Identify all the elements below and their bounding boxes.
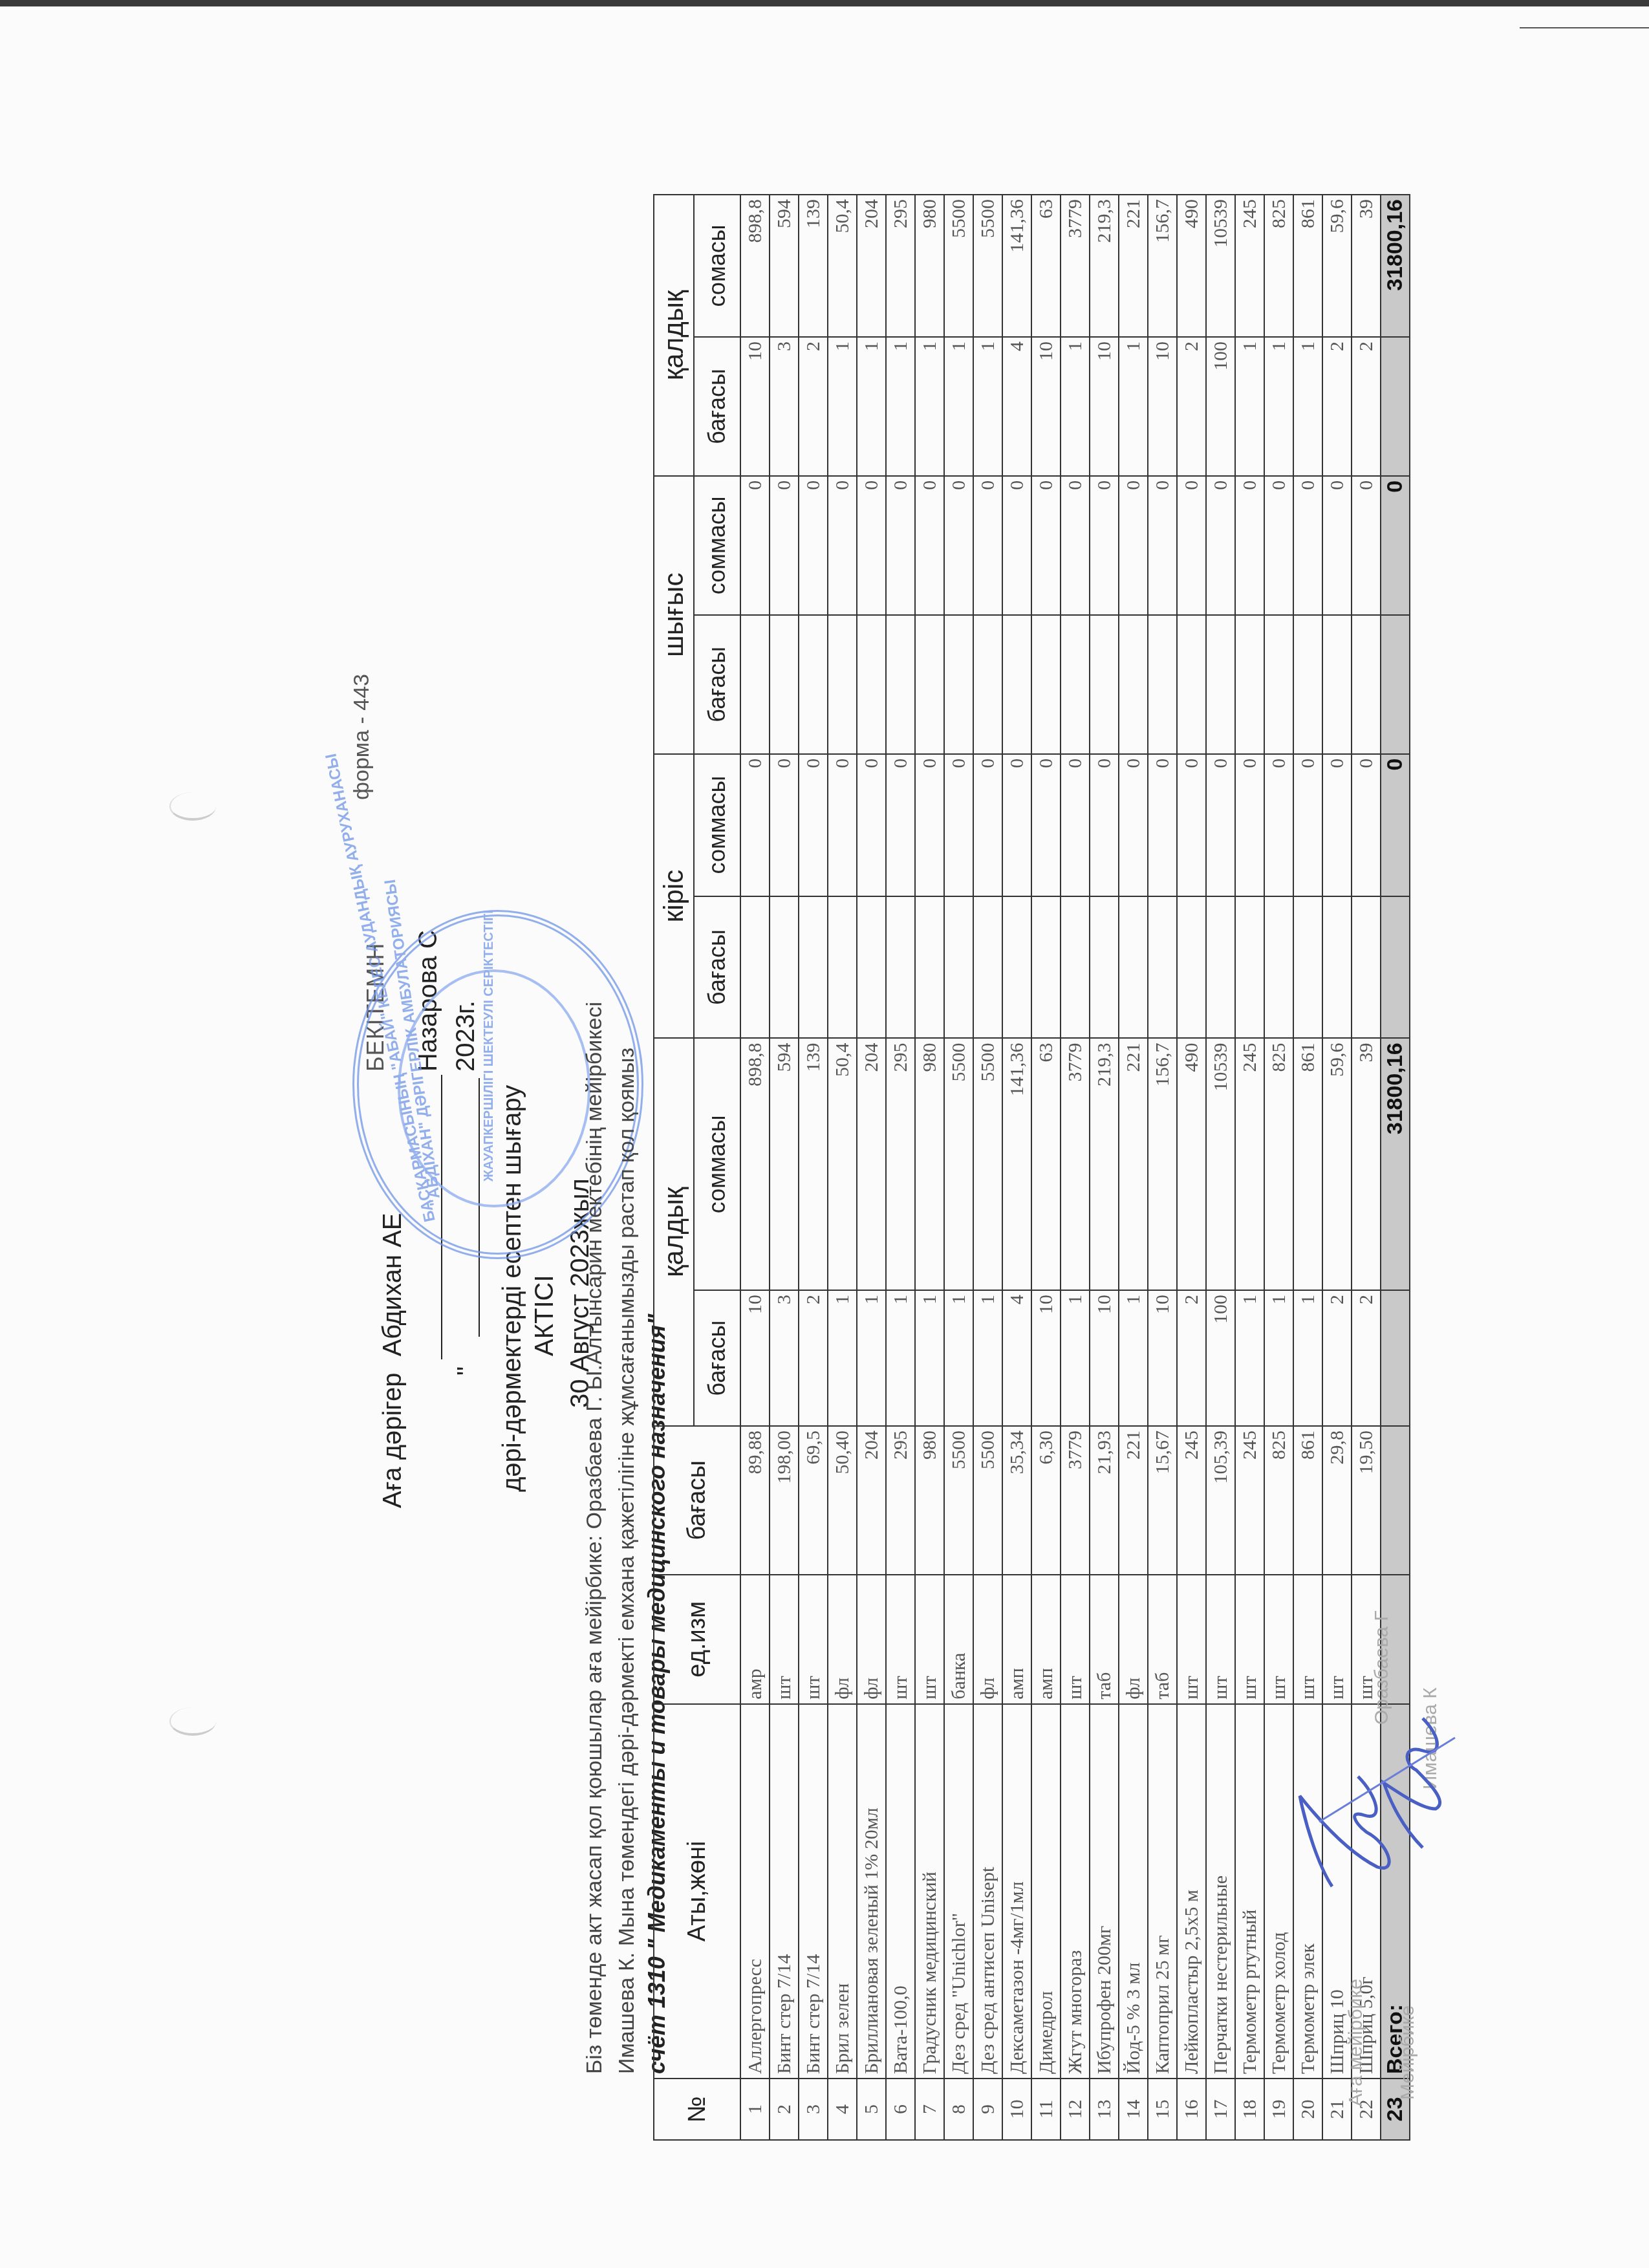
cell-row-number: 14 — [1119, 2079, 1148, 2140]
cell-sum-end: 10539 — [1206, 195, 1235, 337]
cell-sum-start: 59,6 — [1322, 1038, 1352, 1290]
cell-income-qty — [1061, 896, 1090, 1039]
col-group-income: кіріс — [654, 754, 694, 1039]
cell-income-sum: 0 — [828, 754, 857, 896]
cell-income-sum: 0 — [1148, 754, 1177, 896]
cell-qty-end: 1 — [1264, 337, 1293, 476]
cell-qty-end: 2 — [1352, 337, 1381, 476]
cell-sum-end: 861 — [1293, 195, 1322, 337]
cell-qty-end: 1 — [944, 337, 973, 476]
cell-income-sum: 0 — [1206, 754, 1235, 896]
cell-unit: шт — [1293, 1575, 1322, 1704]
cell-income-qty — [857, 896, 886, 1039]
cell-qty-start: 1 — [973, 1290, 1002, 1426]
cell-qty-start: 10 — [740, 1290, 770, 1426]
cell-income-sum: 0 — [799, 754, 828, 896]
cell-sum-end: 245 — [1235, 195, 1264, 337]
cell-unit: шт — [1206, 1575, 1235, 1704]
cell-price: 3779 — [1061, 1426, 1090, 1575]
cell-sum-start: 10539 — [1206, 1038, 1235, 1290]
total-empty-cell — [1381, 1290, 1410, 1426]
cell-item-name: Дез сред "Unichlor" — [944, 1704, 973, 2079]
chief-doctor-name: Абдихан АЕ — [378, 1213, 407, 1356]
cell-income-qty — [1148, 896, 1177, 1039]
cell-outgo-qty — [1061, 615, 1090, 754]
cell-outgo-qty — [1235, 615, 1264, 754]
cell-sum-start: 5500 — [973, 1038, 1002, 1290]
cell-item-name: Каптоприл 25 мг — [1148, 1704, 1177, 2079]
cell-sum-end: 141,36 — [1002, 195, 1031, 337]
cell-outgo-qty — [1148, 615, 1177, 754]
cell-income-qty — [886, 896, 915, 1039]
cell-income-sum: 0 — [1090, 754, 1119, 896]
total-empty-cell — [1381, 337, 1410, 476]
cell-price: 5500 — [973, 1426, 1002, 1575]
cell-sum-end: 825 — [1264, 195, 1293, 337]
cell-item-name: Перчатки нестерильные — [1206, 1704, 1235, 2079]
cell-unit: таб — [1090, 1575, 1119, 1704]
cell-qty-start: 1 — [1293, 1290, 1322, 1426]
cell-sum-end: 5500 — [944, 195, 973, 337]
cell-outgo-sum: 0 — [799, 476, 828, 615]
cell-qty-end: 10 — [1148, 337, 1177, 476]
form-number: форма - 443 — [349, 674, 374, 800]
col-header-end-qty: бағасы — [694, 337, 740, 476]
cell-sum-start: 204 — [857, 1038, 886, 1290]
cell-row-number: 6 — [886, 2079, 915, 2140]
cell-income-qty — [1119, 896, 1148, 1039]
cell-price: 6,30 — [1031, 1426, 1061, 1575]
intro-line2: Имашева К. Мына төмендегі дәрі-дәрмекті … — [614, 1048, 640, 2074]
cell-outgo-qty — [1031, 615, 1061, 754]
cell-unit: амп — [1031, 1575, 1061, 1704]
cell-qty-start: 4 — [1002, 1290, 1031, 1426]
cell-price: 21,93 — [1090, 1426, 1119, 1575]
table-row: 13Ибупрофен 200мгтаб21,9310219,30010219,… — [1090, 195, 1119, 2140]
cell-outgo-qty — [886, 615, 915, 754]
cell-outgo-sum: 0 — [770, 476, 799, 615]
cell-income-sum: 0 — [1322, 754, 1352, 896]
cell-unit: шт — [1177, 1575, 1206, 1704]
cell-income-sum: 0 — [1177, 754, 1206, 896]
cell-price: 50,40 — [828, 1426, 857, 1575]
cell-income-qty — [944, 896, 973, 1039]
cell-price: 221 — [1119, 1426, 1148, 1575]
cell-income-sum: 0 — [1293, 754, 1322, 896]
cell-unit: фл — [857, 1575, 886, 1704]
cell-unit: фл — [828, 1575, 857, 1704]
nurse-label: Мейірбике — [1397, 2005, 1419, 2100]
cell-sum-start: 594 — [770, 1038, 799, 1290]
table-row: 19Термометр холодшт8251825001825 — [1264, 195, 1293, 2140]
col-header-num: № — [654, 2079, 740, 2140]
cell-income-qty — [1352, 896, 1381, 1039]
cell-unit: шт — [770, 1575, 799, 1704]
cell-unit: амр — [740, 1575, 770, 1704]
cell-income-sum: 0 — [1235, 754, 1264, 896]
cell-price: 15,67 — [1148, 1426, 1177, 1575]
cell-row-number: 2 — [770, 2079, 799, 2140]
approval-date-quote: " — [453, 1366, 482, 1376]
cell-sum-start: 490 — [1177, 1038, 1206, 1290]
col-header-price: бағасы — [654, 1426, 740, 1575]
cell-unit: шт — [1061, 1575, 1090, 1704]
cell-unit: шт — [1322, 1575, 1352, 1704]
cell-sum-end: 490 — [1177, 195, 1206, 337]
cell-row-number: 13 — [1090, 2079, 1119, 2140]
cell-row-number: 20 — [1293, 2079, 1322, 2140]
cell-sum-end: 221 — [1119, 195, 1148, 337]
cell-outgo-qty — [1206, 615, 1235, 754]
cell-income-qty — [1031, 896, 1061, 1039]
cell-qty-end: 10 — [1031, 337, 1061, 476]
cell-row-number: 17 — [1206, 2079, 1235, 2140]
table-row: 4Брил зеленфл50,40150,400150,4 — [828, 195, 857, 2140]
cell-sum-start: 295 — [886, 1038, 915, 1290]
col-header-name: Аты,жөні — [654, 1704, 740, 2079]
cell-item-name: Дексаметазон -4мг/1мл — [1002, 1704, 1031, 2079]
col-header-end-sum: сомасы — [694, 195, 740, 337]
cell-row-number: 1 — [740, 2079, 770, 2140]
cell-qty-start: 1 — [1264, 1290, 1293, 1426]
table-row: 8Дез сред "Unichlor"банка550015500001550… — [944, 195, 973, 2140]
cell-row-number: 19 — [1264, 2079, 1293, 2140]
cell-qty-end: 1 — [1235, 337, 1264, 476]
cell-income-sum: 0 — [1352, 754, 1381, 896]
cell-qty-end: 2 — [799, 337, 828, 476]
cell-qty-end: 10 — [740, 337, 770, 476]
cell-unit: шт — [799, 1575, 828, 1704]
cell-qty-start: 10 — [1031, 1290, 1061, 1426]
cell-outgo-qty — [1002, 615, 1031, 754]
cell-price: 69,5 — [799, 1426, 828, 1575]
chief-doctor-label: Аға дәрігер — [378, 1372, 407, 1508]
table-row: 17Перчатки нестерильныешт105,39100105390… — [1206, 195, 1235, 2140]
cell-income-qty — [740, 896, 770, 1039]
cell-outgo-sum: 0 — [1061, 476, 1090, 615]
cell-outgo-sum: 0 — [886, 476, 915, 615]
table-row: 15Каптоприл 25 мгтаб15,6710156,70010156,… — [1148, 195, 1177, 2140]
cell-price: 19,50 — [1352, 1426, 1381, 1575]
cell-sum-end: 63 — [1031, 195, 1061, 337]
cell-item-name: Бриллиановая зеленый 1% 20мл — [857, 1704, 886, 2079]
cell-qty-end: 1 — [1293, 337, 1322, 476]
cell-sum-start: 245 — [1235, 1038, 1264, 1290]
cell-qty-start: 10 — [1090, 1290, 1119, 1426]
cell-income-qty — [1235, 896, 1264, 1039]
cell-unit: фл — [973, 1575, 1002, 1704]
cell-outgo-sum: 0 — [1177, 476, 1206, 615]
cell-item-name: Брил зелен — [828, 1704, 857, 2079]
cell-item-name: Аллергопресс — [740, 1704, 770, 2079]
col-header-unit: ед.изм — [654, 1575, 740, 1704]
col-header-qty: бағасы — [694, 1290, 740, 1426]
cell-row-number: 10 — [1002, 2079, 1031, 2140]
cell-row-number: 11 — [1031, 2079, 1061, 2140]
cell-qty-start: 1 — [886, 1290, 915, 1426]
cell-qty-start: 2 — [1352, 1290, 1381, 1426]
cell-sum-start: 825 — [1264, 1038, 1293, 1290]
cell-outgo-sum: 0 — [828, 476, 857, 615]
cell-outgo-sum: 0 — [1090, 476, 1119, 615]
act-title: АКТІСІ — [530, 1275, 559, 1356]
cell-income-sum: 0 — [886, 754, 915, 896]
cell-income-qty — [1090, 896, 1119, 1039]
col-header-outgo-sum: соммасы — [694, 476, 740, 615]
cell-qty-end: 4 — [1002, 337, 1031, 476]
cell-price: 980 — [915, 1426, 944, 1575]
cell-sum-end: 3779 — [1061, 195, 1090, 337]
cell-outgo-sum: 0 — [1293, 476, 1322, 615]
cell-unit: шт — [915, 1575, 944, 1704]
cell-income-sum: 0 — [1264, 754, 1293, 896]
cell-qty-end: 1 — [973, 337, 1002, 476]
cell-qty-start: 1 — [915, 1290, 944, 1426]
cell-qty-end: 1 — [828, 337, 857, 476]
intro-line1: Біз төменде акт жасап қол қоюшылар аға м… — [582, 1002, 607, 2074]
cell-outgo-sum: 0 — [1031, 476, 1061, 615]
cell-outgo-sum: 0 — [1264, 476, 1293, 615]
cell-outgo-sum: 0 — [1119, 476, 1148, 615]
cell-item-name: Термометр ртутный — [1235, 1704, 1264, 2079]
cell-income-qty — [799, 896, 828, 1039]
cell-row-number: 12 — [1061, 2079, 1090, 2140]
cell-price: 825 — [1264, 1426, 1293, 1575]
col-group-outgo: шығыс — [654, 476, 694, 754]
cell-item-name: Ибупрофен 200мг — [1090, 1704, 1119, 2079]
cell-sum-start: 861 — [1293, 1038, 1322, 1290]
cell-row-number: 4 — [828, 2079, 857, 2140]
handwritten-signatures — [1293, 1712, 1468, 1906]
cell-item-name: Термометр холод — [1264, 1704, 1293, 2079]
cell-item-name: Бинт стер 7/14 — [799, 1704, 828, 2079]
cell-sum-start: 5500 — [944, 1038, 973, 1290]
cell-row-number: 15 — [1148, 2079, 1177, 2140]
cell-row-number: 7 — [915, 2079, 944, 2140]
cell-outgo-qty — [973, 615, 1002, 754]
cell-qty-start: 100 — [1206, 1290, 1235, 1426]
chief-doctor-line: Аға дәрігер Абдихан АЕ — [378, 1213, 407, 1508]
cell-outgo-sum: 0 — [1206, 476, 1235, 615]
cell-income-qty — [770, 896, 799, 1039]
cell-sum-start: 39 — [1352, 1038, 1381, 1290]
cell-price: 35,34 — [1002, 1426, 1031, 1575]
cell-sum-start: 50,4 — [828, 1038, 857, 1290]
cell-income-sum: 0 — [1119, 754, 1148, 896]
table-row: 11Димедроламп6,301063001063 — [1031, 195, 1061, 2140]
col-group-balance-start: қалдық — [654, 1038, 694, 1426]
cell-item-name: Вата-100,0 — [886, 1704, 915, 2079]
cell-item-name: Йод-5 % 3 мл — [1119, 1704, 1148, 2079]
cell-item-name: Градусник медицинский — [915, 1704, 944, 2079]
total-out_sum: 0 — [1381, 476, 1410, 615]
cell-sum-end: 5500 — [973, 195, 1002, 337]
cell-row-number: 16 — [1177, 2079, 1206, 2140]
cell-sum-start: 139 — [799, 1038, 828, 1290]
cell-qty-end: 1 — [915, 337, 944, 476]
table-row: 18Термометр ртутныйшт2451245001245 — [1235, 195, 1264, 2140]
cell-qty-start: 10 — [1148, 1290, 1177, 1426]
cell-outgo-sum: 0 — [740, 476, 770, 615]
cell-price: 245 — [1235, 1426, 1264, 1575]
total-empty-cell — [1381, 615, 1410, 754]
table-row: 7Градусник медицинскийшт9801980001980 — [915, 195, 944, 2140]
col-header-outgo-qty: бағасы — [694, 615, 740, 754]
cell-income-qty — [1322, 896, 1352, 1039]
cell-sum-end: 898,8 — [740, 195, 770, 337]
table-row: 2Бинт стер 7/14шт198,003594003594 — [770, 195, 799, 2140]
senior-nurse-label: Аға мейірбике — [1345, 1979, 1367, 2106]
cell-income-sum: 0 — [973, 754, 1002, 896]
cell-sum-end: 50,4 — [828, 195, 857, 337]
cell-income-sum: 0 — [1031, 754, 1061, 896]
cell-sum-end: 39 — [1352, 195, 1381, 337]
table-row: 1Аллергопрессамр89,8810898,80010898,8 — [740, 195, 770, 2140]
rotated-document-page: форма - 443 БЕКІТЕМІН Аға дәрігер Абдиха… — [0, 0, 1649, 2268]
cell-price: 105,39 — [1206, 1426, 1235, 1575]
cell-outgo-sum: 0 — [1148, 476, 1177, 615]
cell-qty-start: 1 — [857, 1290, 886, 1426]
cell-qty-start: 1 — [828, 1290, 857, 1426]
cell-qty-end: 100 — [1206, 337, 1235, 476]
cell-sum-start: 219,3 — [1090, 1038, 1119, 1290]
cell-income-sum: 0 — [944, 754, 973, 896]
cell-qty-start: 1 — [1235, 1290, 1264, 1426]
cell-income-qty — [1293, 896, 1322, 1039]
cell-outgo-qty — [915, 615, 944, 754]
table-row: 10Дексаметазон -4мг/1мламп35,344141,3600… — [1002, 195, 1031, 2140]
total-empty-cell — [1381, 1426, 1410, 1575]
table-row: 9Дез сред антисеп Uniseptфл5500155000015… — [973, 195, 1002, 2140]
col-header-income-qty: бағасы — [694, 896, 740, 1039]
cell-sum-start: 980 — [915, 1038, 944, 1290]
cell-price: 198,00 — [770, 1426, 799, 1575]
cell-row-number: 5 — [857, 2079, 886, 2140]
cell-price: 89,88 — [740, 1426, 770, 1575]
col-header-income-sum: соммасы — [694, 754, 740, 896]
cell-unit: банка — [944, 1575, 973, 1704]
table-row: 16Лейкопластыр 2,5х5 мшт2452490002490 — [1177, 195, 1206, 2140]
table-row: 14Йод-5 % 3 млфл2211221001221 — [1119, 195, 1148, 2140]
cell-sum-start: 141,36 — [1002, 1038, 1031, 1290]
cell-outgo-sum: 0 — [973, 476, 1002, 615]
cell-sum-start: 221 — [1119, 1038, 1148, 1290]
cell-income-sum: 0 — [740, 754, 770, 896]
cell-item-name: Бинт стер 7/14 — [770, 1704, 799, 2079]
cell-row-number: 18 — [1235, 2079, 1264, 2140]
cell-outgo-qty — [1177, 615, 1206, 754]
cell-income-sum: 0 — [915, 754, 944, 896]
cell-qty-start: 2 — [1322, 1290, 1352, 1426]
stamp-inner-text: ЖАУАПКЕРШІЛІГІ ШЕКТЕУЛІ СЕРІКТЕСТІГІ — [482, 910, 497, 1182]
table-row: 6Вата-100,0шт2951295001295 — [886, 195, 915, 2140]
senior-nurse-name: Оразбаева Г — [1371, 1610, 1393, 1725]
cell-qty-end: 2 — [1322, 337, 1352, 476]
cell-qty-end: 3 — [770, 337, 799, 476]
cell-outgo-qty — [1119, 615, 1148, 754]
cell-unit: амп — [1002, 1575, 1031, 1704]
cell-outgo-sum: 0 — [857, 476, 886, 615]
cell-sum-end: 594 — [770, 195, 799, 337]
cell-outgo-qty — [740, 615, 770, 754]
cell-sum-end: 139 — [799, 195, 828, 337]
cell-qty-start: 3 — [770, 1290, 799, 1426]
cell-outgo-sum: 0 — [915, 476, 944, 615]
cell-qty-start: 1 — [1061, 1290, 1090, 1426]
cell-outgo-qty — [1322, 615, 1352, 754]
table-row: 5Бриллиановая зеленый 1% 20млфл204120400… — [857, 195, 886, 2140]
cell-sum-end: 204 — [857, 195, 886, 337]
cell-price: 295 — [886, 1426, 915, 1575]
cell-income-qty — [1177, 896, 1206, 1039]
cell-sum-start: 898,8 — [740, 1038, 770, 1290]
total-empty-cell — [1381, 896, 1410, 1039]
cell-sum-end: 156,7 — [1148, 195, 1177, 337]
cell-sum-start: 156,7 — [1148, 1038, 1177, 1290]
cell-unit: шт — [1235, 1575, 1264, 1704]
cell-income-qty — [1206, 896, 1235, 1039]
cell-price: 245 — [1177, 1426, 1206, 1575]
cell-sum-start: 3779 — [1061, 1038, 1090, 1290]
cell-income-qty — [973, 896, 1002, 1039]
cell-unit: таб — [1148, 1575, 1177, 1704]
cell-income-sum: 0 — [1002, 754, 1031, 896]
cell-sum-end: 219,3 — [1090, 195, 1119, 337]
cell-price: 29,8 — [1322, 1426, 1352, 1575]
cell-unit: фл — [1119, 1575, 1148, 1704]
cell-item-name: Лейкопластыр 2,5х5 м — [1177, 1704, 1206, 2079]
cell-outgo-sum: 0 — [1352, 476, 1381, 615]
total-in_sum: 0 — [1381, 754, 1410, 896]
cell-outgo-sum: 0 — [1322, 476, 1352, 615]
cell-qty-end: 10 — [1090, 337, 1119, 476]
cell-row-number: 9 — [973, 2079, 1002, 2140]
cell-row-number: 8 — [944, 2079, 973, 2140]
cell-qty-end: 1 — [1061, 337, 1090, 476]
cell-sum-start: 63 — [1031, 1038, 1061, 1290]
cell-qty-start: 2 — [1177, 1290, 1206, 1426]
cell-qty-start: 2 — [799, 1290, 828, 1426]
table-row: 3Бинт стер 7/14шт69,52139002139 — [799, 195, 828, 2140]
cell-outgo-qty — [1352, 615, 1381, 754]
cell-income-sum: 0 — [770, 754, 799, 896]
cell-outgo-qty — [1293, 615, 1322, 754]
cell-row-number: 3 — [799, 2079, 828, 2140]
cell-item-name: Дез сред антисеп Unisept — [973, 1704, 1002, 2079]
cell-qty-start: 1 — [1119, 1290, 1148, 1426]
cell-outgo-sum: 0 — [1002, 476, 1031, 615]
col-group-balance-end: қалдық — [654, 195, 694, 476]
cell-outgo-qty — [1090, 615, 1119, 754]
cell-qty-end: 2 — [1177, 337, 1206, 476]
cell-income-qty — [1002, 896, 1031, 1039]
cell-qty-end: 1 — [857, 337, 886, 476]
cell-outgo-sum: 0 — [944, 476, 973, 615]
cell-outgo-qty — [799, 615, 828, 754]
cell-outgo-qty — [944, 615, 973, 754]
cell-qty-start: 1 — [944, 1290, 973, 1426]
cell-qty-end: 1 — [886, 337, 915, 476]
cell-income-qty — [1264, 896, 1293, 1039]
cell-price: 5500 — [944, 1426, 973, 1575]
cell-outgo-qty — [1264, 615, 1293, 754]
cell-price: 861 — [1293, 1426, 1322, 1575]
cell-outgo-qty — [857, 615, 886, 754]
cell-income-qty — [828, 896, 857, 1039]
cell-price: 204 — [857, 1426, 886, 1575]
cell-income-qty — [915, 896, 944, 1039]
cell-unit: шт — [886, 1575, 915, 1704]
